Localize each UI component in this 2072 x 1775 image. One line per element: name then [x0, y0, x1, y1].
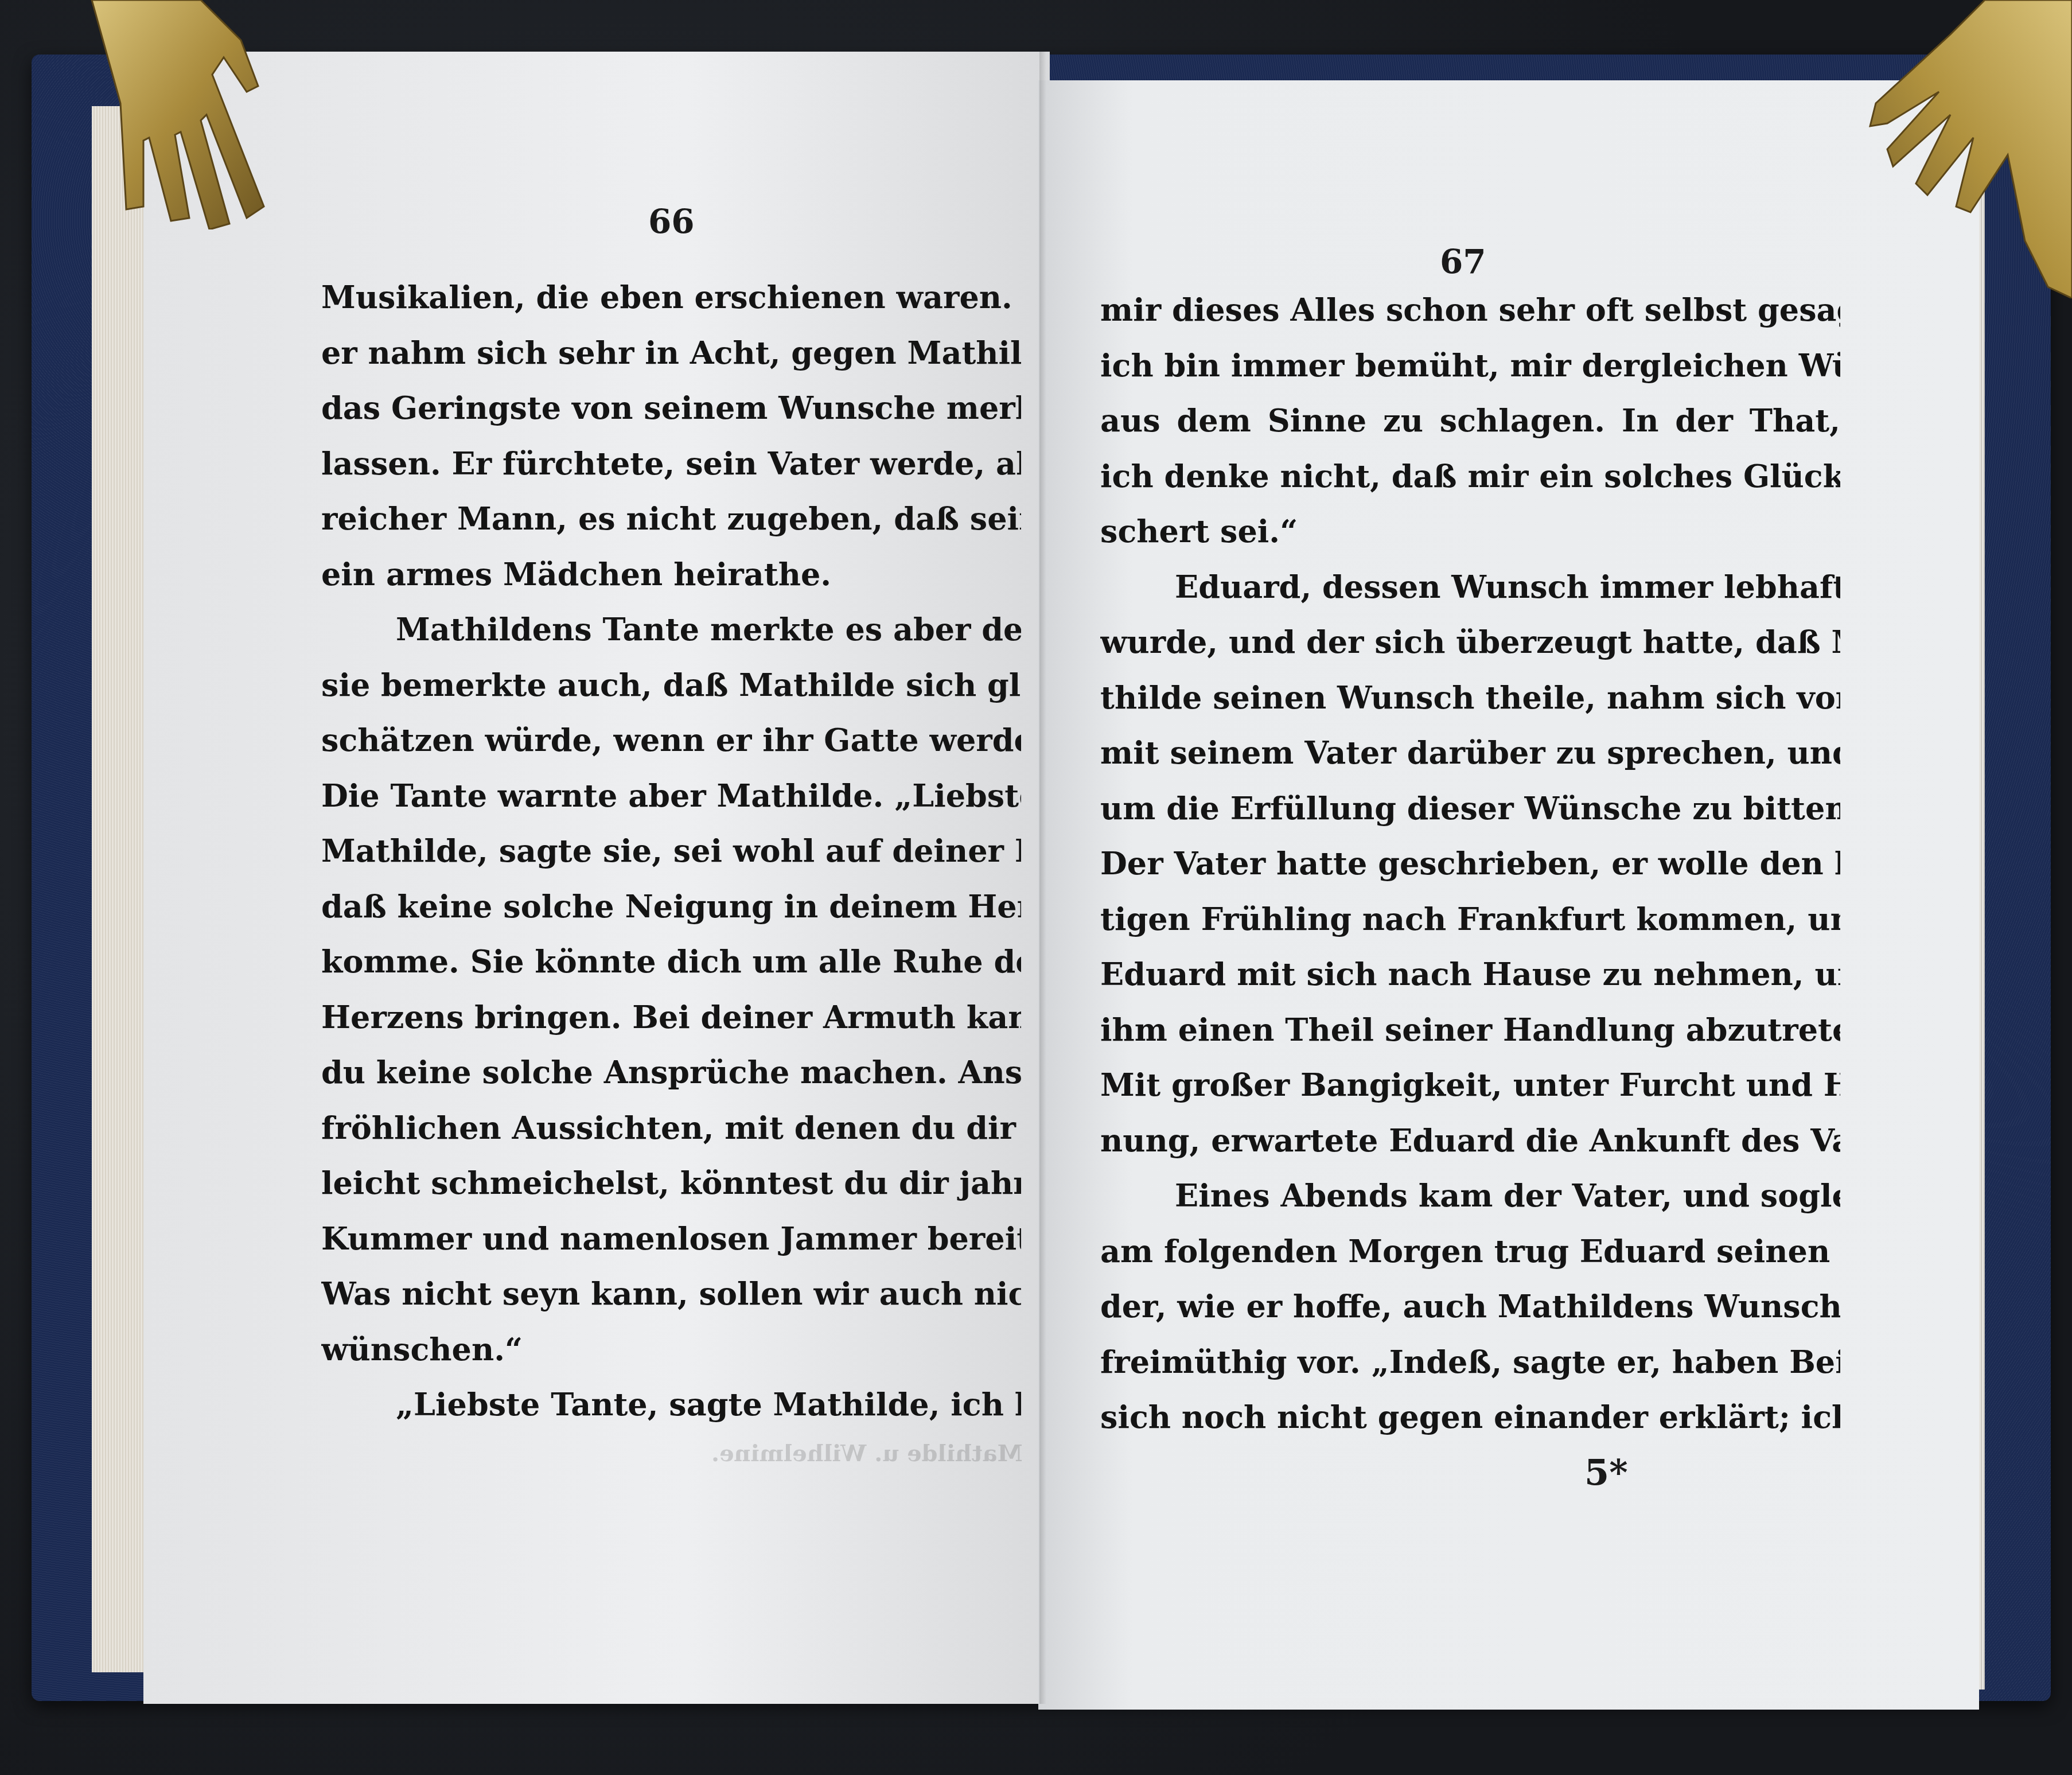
- text-line: ihm einen Theil seiner Handlung abzutret…: [1100, 1002, 1840, 1058]
- signature-mark: 5*: [1584, 1451, 1628, 1493]
- text-line: schätzen würde, wenn er ihr Gatte werden…: [321, 713, 1021, 768]
- text-line: leicht schmeichelst, könntest du dir jah…: [321, 1155, 1021, 1211]
- brass-hand-clip-left-icon: [69, 0, 333, 229]
- text-line: schert sei.“: [1100, 504, 1840, 559]
- text-line: aus dem Sinne zu schlagen. In der That,: [1100, 393, 1840, 449]
- text-line: der, wie er hoffe, auch Mathildens Wunsc…: [1100, 1279, 1840, 1334]
- text-line: Mit großer Bangigkeit, unter Furcht und …: [1100, 1057, 1840, 1113]
- text-line: Mathildens Tante merkte es aber dennoch;: [321, 602, 1021, 657]
- text-line: am folgenden Morgen trug Eduard seinen W…: [1100, 1224, 1840, 1279]
- text-line: Kummer und namenlosen Jammer bereiten.: [321, 1211, 1021, 1267]
- text-line: mit seinem Vater darüber zu sprechen, un…: [1100, 725, 1840, 781]
- bleed-through-footer: Mathilde u. Wilhelmine.: [711, 1440, 1023, 1467]
- text-line: er nahm sich sehr in Acht, gegen Mathild…: [321, 325, 1021, 381]
- text-line: wurde, und der sich überzeugt hatte, daß…: [1100, 614, 1840, 670]
- text-line: komme. Sie könnte dich um alle Ruhe des: [321, 934, 1021, 990]
- text-line: mir dieses Alles schon sehr oft selbst g…: [1100, 282, 1840, 338]
- text-line: Mathilde, sagte sie, sei wohl auf deiner…: [321, 823, 1021, 879]
- text-line: Eduard mit sich nach Hause zu nehmen, un…: [1100, 947, 1840, 1002]
- text-line: lassen. Er fürchtete, sein Vater werde, …: [321, 436, 1021, 492]
- text-line: Was nicht seyn kann, sollen wir auch nic…: [321, 1266, 1021, 1322]
- text-line: thilde seinen Wunsch theile, nahm sich v…: [1100, 670, 1840, 726]
- text-line: Musikalien, die eben erschienen waren. A…: [321, 270, 1021, 325]
- text-line: du keine solche Ansprüche machen. Anstat…: [321, 1045, 1021, 1100]
- text-line: Eines Abends kam der Vater, und sogleich: [1100, 1168, 1840, 1224]
- text-line: Der Vater hatte geschrieben, er wolle de…: [1100, 836, 1840, 892]
- text-line: daß keine solche Neigung in deinem Herze…: [321, 879, 1021, 935]
- text-line: sich noch nicht gegen einander erklärt; …: [1100, 1389, 1840, 1445]
- text-line: Die Tante warnte aber Mathilde. „Liebste: [321, 768, 1021, 824]
- right-page: 67 mir dieses Alles schon sehr oft selbs…: [1038, 80, 1979, 1710]
- text-line: ein armes Mädchen heirathe.: [321, 547, 1021, 602]
- text-line: nung, erwartete Eduard die Ankunft des V…: [1100, 1113, 1840, 1169]
- page-number: 66: [648, 202, 695, 241]
- text-line: ich denke nicht, daß mir ein solches Glü…: [1100, 449, 1840, 504]
- page-number: 67: [1440, 242, 1486, 281]
- text-line: reicher Mann, es nicht zugeben, daß sein…: [321, 491, 1021, 547]
- book-gutter: [1039, 52, 1046, 1704]
- text-line: sie bemerkte auch, daß Mathilde sich glü…: [321, 657, 1021, 713]
- text-line: um die Erfüllung dieser Wünsche zu bitte…: [1100, 781, 1840, 836]
- text-line: fröhlichen Aussichten, mit denen du dir …: [321, 1100, 1021, 1156]
- page-text: mir dieses Alles schon sehr oft selbst g…: [1100, 282, 1840, 1445]
- brass-hand-clip-right-icon: [1836, 0, 2072, 298]
- text-line: Herzens bringen. Bei deiner Armuth kanns…: [321, 990, 1021, 1045]
- text-line: „Liebste Tante, sagte Mathilde, ich habe: [321, 1377, 1021, 1433]
- text-line: wünschen.“: [321, 1322, 1021, 1377]
- page-text: Musikalien, die eben erschienen waren. A…: [321, 270, 1021, 1433]
- text-line: freimüthig vor. „Indeß, sagte er, haben …: [1100, 1334, 1840, 1390]
- text-line: Eduard, dessen Wunsch immer lebhafter: [1100, 559, 1840, 615]
- text-line: das Geringste von seinem Wunsche merken …: [321, 380, 1021, 436]
- text-line: ich bin immer bemüht, mir dergleichen Wü…: [1100, 338, 1840, 394]
- text-line: tigen Frühling nach Frankfurt kommen, um: [1100, 892, 1840, 947]
